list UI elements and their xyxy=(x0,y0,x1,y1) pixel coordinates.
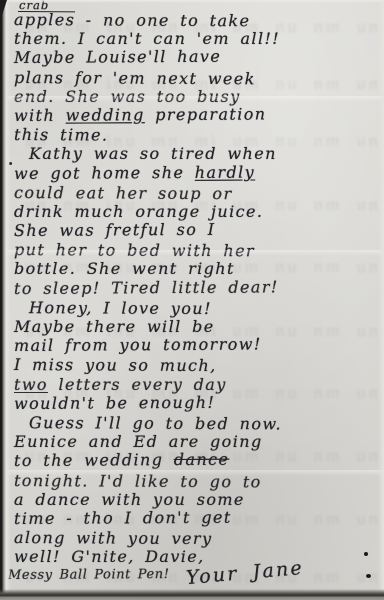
scan-edge-left xyxy=(0,0,11,600)
paper-crease xyxy=(0,250,384,256)
line-text: to the wedding xyxy=(14,450,174,470)
underlined-word: hardly xyxy=(195,162,255,181)
line-text: time - tho I don't get xyxy=(14,508,232,528)
letter-line: two letters every day xyxy=(14,375,384,394)
letter-line: She was fretful so I xyxy=(14,219,384,240)
line-text: with xyxy=(14,106,66,125)
letter-line: along with you very xyxy=(14,528,384,549)
line-text: Honey, I love you! xyxy=(29,298,212,318)
letter-line: bottle. She went right xyxy=(14,259,384,278)
underlined-word: two xyxy=(14,375,48,394)
scan-edge-bottom xyxy=(0,589,384,600)
scan-edge-right xyxy=(378,0,384,600)
letter-line: Maybe Louise'll have xyxy=(14,46,384,67)
line-text: letters every day xyxy=(48,375,227,394)
letter-line: Guess I'll go to bed now. xyxy=(14,413,384,434)
line-text: wouldn't be enough! xyxy=(14,393,215,413)
line-text: Maybe there will be xyxy=(14,317,215,336)
letter-line: to the wedding dance xyxy=(14,449,384,470)
letter-line: Kathy was so tired when xyxy=(14,144,384,163)
ink-speck xyxy=(364,552,368,556)
line-text: Guess I'll go to bed now. xyxy=(29,413,282,433)
line-text: She was fretful so I xyxy=(14,220,216,240)
line-text: this time. xyxy=(14,125,109,144)
line-text: Maybe Louise'll have xyxy=(14,47,221,67)
line-text: drink much orange juice. xyxy=(14,202,263,221)
line-text: Kathy was so tired when xyxy=(29,144,277,163)
letter-line: mail from you tomorrow! xyxy=(14,334,384,355)
line-text: mail from you tomorrow! xyxy=(14,335,262,356)
line-text: Eunice and Ed are going xyxy=(14,432,263,451)
line-text: we got home she xyxy=(14,162,195,182)
line-text: I miss you so much, xyxy=(14,355,217,375)
letter-page: nu mn un mu im nm uni mn nu un mi nm mu … xyxy=(0,0,384,600)
scan-edge-top xyxy=(0,0,384,3)
line-text: to sleep! Tired little dear! xyxy=(14,277,279,298)
letter-line: crab apples - no one to take xyxy=(14,10,384,31)
letter-line: with wedding preparation xyxy=(14,104,384,125)
letter-line: could eat her soup or xyxy=(14,183,384,204)
crossed-out-word: dance xyxy=(174,450,230,469)
line-text: Messy Ball Point Pen! xyxy=(8,567,170,583)
letter-line: we got home she hardly xyxy=(14,161,384,182)
paper-crease xyxy=(0,470,384,476)
letter-line: I miss you so much, xyxy=(14,355,384,376)
line-text: bottle. She went right xyxy=(14,259,235,278)
line-text: apples - no one to take xyxy=(14,10,251,30)
line-text: could eat her soup or xyxy=(14,183,233,203)
line-text: plans for 'em next week xyxy=(14,68,256,88)
line-text: along with you very xyxy=(14,528,213,548)
letter-line: to sleep! Tired little dear! xyxy=(14,276,384,297)
line-text: a dance with you some xyxy=(14,490,245,509)
line-text: them. I can't can 'em all!! xyxy=(14,29,280,48)
letter-line: a dance with you some xyxy=(14,490,384,509)
underlined-word: wedding xyxy=(66,105,145,124)
line-text: well! G'nite, Davie, xyxy=(14,547,205,566)
letter-line: plans for 'em next week xyxy=(14,68,384,89)
paper-crease xyxy=(0,96,384,102)
ink-speck xyxy=(366,574,371,578)
letter-line: time - tho I don't get xyxy=(14,507,384,528)
letter-line: wouldn't be enough! xyxy=(14,391,384,412)
letter-line: this time. xyxy=(14,125,384,146)
letter-line: Honey, I love you! xyxy=(14,298,384,319)
line-text: preparation xyxy=(145,104,267,124)
